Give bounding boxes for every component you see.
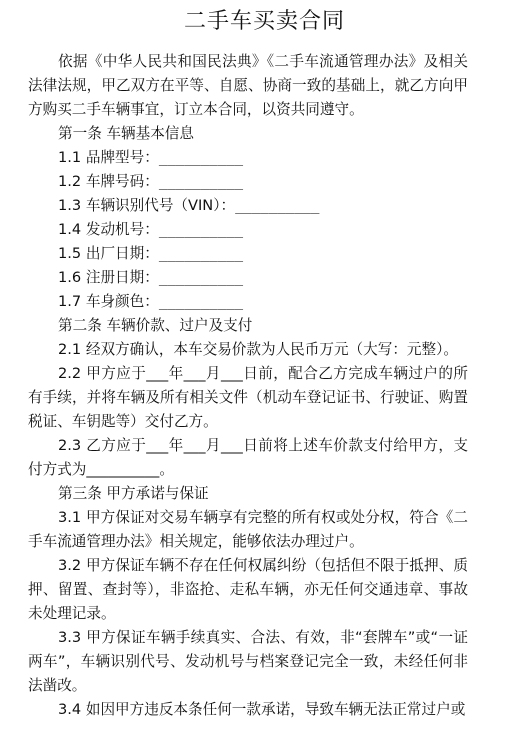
color-blank-field: __________ [159,294,243,310]
section-1-heading: 第一条 车辆基本信息 [28,122,468,146]
registration-date-blank-field: __________ [159,270,243,286]
clause-3-4: 3.4 如因甲方违反本条任何一款承诺，导致车辆无法正常过户或 [28,698,468,722]
item-label: 1.5 出厂日期： [58,245,159,262]
vehicle-info-item-plate: 1.2 车牌号码：__________ [28,170,468,194]
document-page: 二手车买卖合同 依据《中华人民共和国民法典》《二手车流通管理办法》及相关法律法规… [0,0,529,742]
vehicle-info-item-color: 1.7 车身颜色：__________ [28,290,468,314]
document-body: 依据《中华人民共和国民法典》《二手车流通管理办法》及相关法律法规，甲乙双方在平等… [28,50,468,722]
preamble-paragraph: 依据《中华人民共和国民法典》《二手车流通管理办法》及相关法律法规，甲乙双方在平等… [28,50,468,122]
brand-blank-field: __________ [159,150,243,166]
section-3-heading: 第三条 甲方承诺与保证 [28,482,468,506]
item-label: 1.6 注册日期： [58,269,159,286]
clause-2-3: 2.3 乙方应于___年___月___日前将上述车价款支付给甲方，支付方式为__… [28,434,468,482]
vehicle-info-item-brand: 1.1 品牌型号：__________ [28,146,468,170]
clause-2-2: 2.2 甲方应于___年___月___日前，配合乙方完成车辆过户的所有手续，并将… [28,362,468,434]
manufacture-date-blank-field: __________ [159,246,243,262]
clause-3-2: 3.2 甲方保证车辆不存在任何权属纠纷（包括但不限于抵押、质押、留置、查封等），… [28,554,468,626]
vehicle-info-item-vin: 1.3 车辆识别代号（VIN）：__________ [28,194,468,218]
item-label: 1.7 车身颜色： [58,293,159,310]
engine-blank-field: __________ [159,222,243,238]
item-label: 1.1 品牌型号： [58,149,159,166]
vehicle-info-item-registration-date: 1.6 注册日期：__________ [28,266,468,290]
item-label: 1.4 发动机号： [58,221,159,238]
vehicle-info-item-engine: 1.4 发动机号：__________ [28,218,468,242]
vehicle-info-item-manufacture-date: 1.5 出厂日期：__________ [28,242,468,266]
document-title: 二手车买卖合同 [0,6,529,38]
clause-2-1: 2.1 经双方确认，本车交易价款为人民币万元（大写：元整）。 [28,338,468,362]
item-label: 1.3 车辆识别代号（VIN）： [58,197,235,214]
plate-blank-field: __________ [159,174,243,190]
item-label: 1.2 车牌号码： [58,173,159,190]
section-2-heading: 第二条 车辆价款、过户及支付 [28,314,468,338]
vin-blank-field: __________ [235,198,319,214]
clause-3-1: 3.1 甲方保证对交易车辆享有完整的所有权或处分权，符合《二手车流通管理办法》相… [28,506,468,554]
clause-3-3: 3.3 甲方保证车辆手续真实、合法、有效，非“套牌车”或“一证两车”，车辆识别代… [28,626,468,698]
